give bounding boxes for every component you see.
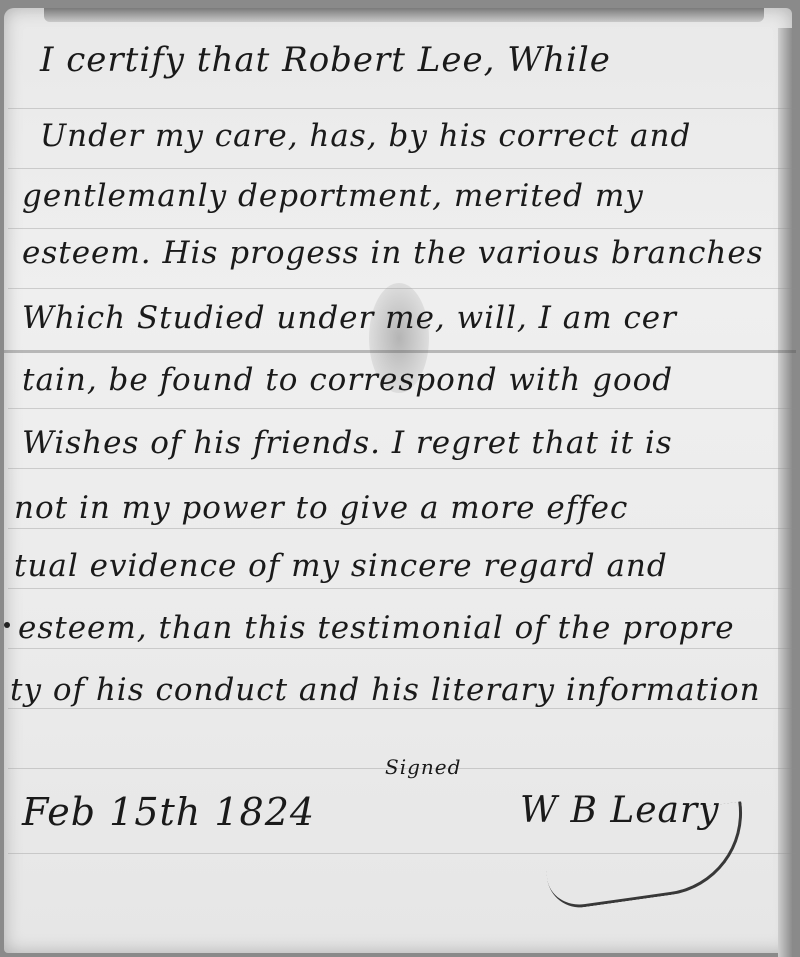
ruled-line bbox=[8, 708, 796, 709]
ruled-line bbox=[8, 108, 796, 109]
ruled-line bbox=[8, 528, 796, 529]
ruled-line bbox=[8, 168, 796, 169]
text-line-7: Wishes of his friends. I regret that it … bbox=[22, 425, 673, 461]
text-line-6: tain, be found to correspond with good bbox=[22, 362, 673, 398]
page-top-shadow bbox=[44, 8, 764, 22]
ruled-line bbox=[8, 228, 796, 229]
text-line-5: Which Studied under me, will, I am cer bbox=[22, 300, 677, 336]
signed-label: Signed bbox=[385, 755, 461, 779]
text-line-11: ty of his conduct and his literary infor… bbox=[10, 672, 761, 708]
date-text: Feb 15th 1824 bbox=[22, 790, 315, 834]
ruled-line bbox=[8, 468, 796, 469]
ruled-line bbox=[8, 648, 796, 649]
ink-dot bbox=[4, 622, 10, 628]
text-line-10: esteem, than this testimonial of the pro… bbox=[18, 610, 735, 646]
ruled-line bbox=[8, 408, 796, 409]
ruled-line bbox=[8, 588, 796, 589]
text-line-8: not in my power to give a more effec bbox=[14, 490, 628, 526]
text-line-1: I certify that Robert Lee, While bbox=[40, 40, 611, 80]
text-line-9: tual evidence of my sincere regard and bbox=[14, 548, 668, 584]
paper-fold bbox=[4, 350, 796, 353]
ruled-line bbox=[8, 288, 796, 289]
text-line-4: esteem. His progess in the various branc… bbox=[22, 235, 764, 271]
text-line-2: Under my care, has, by his correct and bbox=[40, 118, 691, 154]
text-line-3: gentlemanly deportment, merited my bbox=[22, 178, 644, 214]
